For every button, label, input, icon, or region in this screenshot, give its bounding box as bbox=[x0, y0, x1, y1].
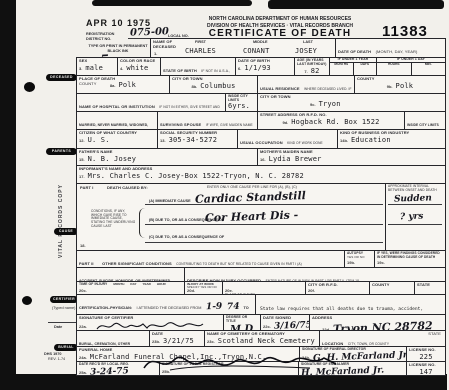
part2-label: PART II bbox=[79, 261, 94, 266]
field-number: 8b. bbox=[191, 84, 197, 89]
date-of-birth-value: 1/1/93 bbox=[244, 65, 271, 73]
industry-value: Education bbox=[351, 137, 391, 145]
ink-blob-1 bbox=[24, 82, 35, 92]
field-number: 8a. bbox=[110, 83, 116, 88]
field-if-under-1-year: IF UNDER 1 YEAR MONTHS DAYS bbox=[329, 57, 377, 76]
state-of-birth-label: STATE OF BIRTH bbox=[163, 68, 197, 73]
date-of-death-label: DATE OF DEATH bbox=[338, 49, 371, 54]
race-value: white bbox=[126, 65, 148, 73]
day-label: DAY bbox=[130, 283, 136, 287]
scan-streak-2 bbox=[268, 0, 444, 9]
first-label: FIRST bbox=[195, 40, 206, 45]
street-address-label: STREET ADDRESS OR R.F.D. No. bbox=[260, 113, 402, 118]
field-informant: INFORMANT'S NAME AND ADDRESS 17.Mrs. Cha… bbox=[76, 165, 446, 184]
field-number: 19c. bbox=[377, 260, 385, 265]
spouse-sublabel: IF WIFE, GIVE MAIDEN NAME bbox=[206, 123, 253, 127]
field-injury-city: CITY OR R.F.D. 20f. bbox=[305, 281, 370, 295]
attended-text: I ATTENDED THE DECEASED FROM bbox=[137, 306, 202, 310]
residence-county-label: COUNTY bbox=[357, 77, 443, 82]
field-injury-state: STATE bbox=[414, 281, 446, 295]
field-citizen: CITIZEN OF WHAT COUNTRY 12.U. S. bbox=[76, 129, 158, 149]
hospital-label: NAME OF HOSPITAL OR INSTITUTION bbox=[79, 104, 155, 109]
scan-edge-left bbox=[0, 0, 16, 390]
field-certifier-address: ADDRESS 22d.Tryon NC 28782 bbox=[309, 314, 446, 331]
date-received-handwritten: 3-24-75 bbox=[90, 367, 129, 376]
field-number: 20d. bbox=[187, 288, 195, 293]
field-cemetery: NAME OF CEMETERY OR CREMATORY 23c.Scotla… bbox=[204, 330, 320, 347]
middle-label: MIDDLE bbox=[253, 40, 268, 45]
date-label-margin: Date bbox=[54, 325, 62, 330]
hour-label: HOUR bbox=[157, 283, 166, 287]
last-label: LAST bbox=[303, 40, 313, 45]
field-autopsy-findings: IF YES, WERE FINDINGS CONSIDERED IN DETE… bbox=[374, 250, 446, 268]
field-number: 9d. bbox=[282, 120, 288, 125]
field-number: 3. bbox=[79, 66, 82, 71]
injury-city-label: CITY OR R.F.D. bbox=[308, 283, 367, 288]
tab-burial: BURIAL bbox=[54, 344, 78, 351]
field-number: 9b. bbox=[387, 84, 393, 89]
field-how-injury-occurred: DESCRIBE HOW INJURY OCCURRED ENTER NATUR… bbox=[184, 267, 446, 282]
other-conditions-sublabel: CONTRIBUTING TO DEATH BUT NOT RELATED TO… bbox=[176, 262, 302, 266]
field-number: 18. bbox=[80, 243, 86, 248]
field-number: 6. bbox=[238, 66, 241, 71]
field-director-license: LICENSE NO. 225 bbox=[406, 346, 446, 362]
occupation-label: USUAL OCCUPATION bbox=[240, 140, 283, 145]
field-certifier-signature: SIGNATURE OF CERTIFIER 22a. bbox=[76, 314, 224, 331]
field-burial-type: BURIAL, CREMATION, OTHER (SPECIFY) 23a.B… bbox=[76, 330, 150, 347]
mother-value: Lydia Brewer bbox=[269, 156, 322, 164]
field-residence-state: USUAL RESIDENCE WHERE DECEASED LIVED. IF… bbox=[257, 75, 355, 94]
typed-name-label: (Typed name) bbox=[52, 306, 75, 311]
field-state-of-birth: STATE OF BIRTH IF NOT IN U.S.A., NAME CO… bbox=[160, 57, 236, 76]
field-date-of-death: DATE OF DEATH (MONTH, DAY, YEAR) 2.3/18/… bbox=[335, 38, 446, 58]
citizen-label: CITIZEN OF WHAT COUNTRY bbox=[79, 131, 155, 136]
residence-county-value: Polk bbox=[396, 83, 414, 91]
conditions-label: CONDITIONS, IF ANY, WHICH GAVE RISE TO I… bbox=[91, 210, 137, 228]
tab-parents: PARENTS bbox=[46, 148, 77, 155]
cemetery-value: Scotland Neck Cemetery bbox=[218, 338, 315, 346]
field-number: 16. bbox=[260, 157, 266, 162]
street-address-value: Hogback Rd. Box 1522 bbox=[291, 119, 379, 127]
field-number: 9c. bbox=[310, 102, 316, 107]
immediate-cause-label: (a) IMMEDIATE CAUSE bbox=[149, 199, 191, 204]
ssn-label: SOCIAL SECURITY NUMBER bbox=[160, 131, 235, 136]
spouse-label: SURVIVING SPOUSE bbox=[160, 122, 201, 127]
field-street-address: STREET ADDRESS OR R.F.D. No. 9d.Hogback … bbox=[257, 111, 405, 130]
injury-county-label: COUNTY bbox=[372, 283, 412, 288]
burial-date-label: DATE bbox=[152, 332, 202, 337]
field-number: 1. bbox=[154, 51, 157, 56]
field-sex: SEX 3.male bbox=[76, 57, 118, 76]
certification-physician-block: CERTIFICATION–PHYSICIAN: I ATTENDED THE … bbox=[76, 294, 256, 315]
field-number: 23b. bbox=[152, 339, 160, 344]
brace bbox=[139, 208, 146, 238]
tab-certifier: CERTIFIER bbox=[50, 296, 78, 303]
field-residence-county: COUNTY 9b.Polk bbox=[354, 75, 446, 94]
field-hospital: NAME OF HOSPITAL OR INSTITUTION IF NOT I… bbox=[76, 93, 226, 112]
field-number: 20f. bbox=[308, 288, 315, 293]
ssn-value: 305-34-5272 bbox=[169, 137, 218, 145]
field-number: 19b. bbox=[347, 260, 355, 265]
scan-streak-1 bbox=[92, 0, 252, 6]
tab-cause: CAUSE bbox=[54, 228, 78, 235]
due-to-c-label: (c) DUE TO, OR AS A CONSEQUENCE OF bbox=[149, 235, 224, 240]
field-number: 25a. bbox=[79, 370, 87, 375]
race-label: COLOR OR RACE bbox=[120, 59, 158, 64]
field-inside-city-limits-residence-years: INSIDE CITY LIMITS 6yrs. bbox=[225, 93, 258, 112]
field-autopsy: AUTOPSY YES OR NO 19b. bbox=[344, 250, 375, 268]
field-if-under-1-day: IF UNDER 1 DAY HOURS MIN. bbox=[376, 57, 446, 76]
part1-label: PART I bbox=[80, 186, 93, 191]
residence-city-label: CITY OR TOWN bbox=[260, 95, 443, 100]
department-line-1: NORTH CAROLINA DEPARTMENT OF HUMAN RESOU… bbox=[180, 16, 380, 23]
field-number: 22a. bbox=[79, 324, 87, 329]
field-number: 13. bbox=[160, 138, 166, 143]
field-place-of-death-city: CITY OR TOWN 8b.Columbus bbox=[169, 75, 258, 94]
form-number: DHS 1970 bbox=[44, 352, 62, 357]
attended-from-year-handwritten: 74 bbox=[226, 303, 239, 312]
license-label-1: LICENSE NO. bbox=[409, 348, 443, 353]
inside-city-limits-years-value: 6yrs. bbox=[228, 103, 250, 111]
other-conditions-label: OTHER SIGNIFICANT CONDITIONS bbox=[102, 261, 172, 266]
field-industry: KIND OF BUSINESS OR INDUSTRY 14b.Educati… bbox=[337, 129, 446, 149]
field-number: 4. bbox=[120, 66, 123, 71]
pod-city-value: Columbus bbox=[200, 83, 235, 91]
autopsy-sublabel: YES OR NO bbox=[347, 256, 372, 259]
certification-label: CERTIFICATION–PHYSICIAN: bbox=[79, 306, 132, 310]
field-number: 14b. bbox=[340, 138, 348, 143]
certificate-number: 11383 bbox=[382, 24, 428, 39]
field-number: 12. bbox=[79, 138, 85, 143]
field-number: 7. bbox=[304, 69, 307, 74]
field-time-of-injury: TIME OF INJURY MONTH DAY YEAR HOUR 20c. bbox=[76, 281, 185, 295]
field-number: 20c. bbox=[79, 288, 87, 293]
father-label: FATHER'S NAME bbox=[79, 150, 255, 155]
death-caused-by-label: DEATH CAUSED BY: bbox=[107, 186, 148, 191]
time-of-injury-label: TIME OF INJURY bbox=[79, 283, 107, 287]
attended-from-handwritten: 1-9 bbox=[206, 303, 223, 313]
print-instruction: TYPE OR PRINT IN PERMANENT BLACK INK bbox=[88, 44, 148, 53]
field-name-of-deceased: NAME OF DECEASED 1. FIRST MIDDLE LAST CH… bbox=[150, 38, 336, 58]
date-of-birth-label: DATE OF BIRTH bbox=[238, 59, 292, 64]
field-burial-date: DATE 23b.3/21/75 bbox=[149, 330, 205, 347]
field-embalmer-license: LICENSE NO. 147 bbox=[406, 361, 446, 376]
last-name-value: JOSEY bbox=[295, 48, 317, 56]
field-mother-name: MOTHER'S MAIDEN NAME 16.Lydia Brewer bbox=[257, 148, 446, 166]
location-state-label: STATE bbox=[428, 332, 441, 337]
field-age: AGE (IN YEARS LAST BIRTHDAY) 7.82 bbox=[294, 57, 330, 76]
field-place-of-injury: PLACE OF INJURY AT HOME, FARM, STREET, F… bbox=[222, 281, 306, 295]
registration-district-value: 075-00 bbox=[130, 27, 169, 38]
field-number: 23c. bbox=[207, 339, 215, 344]
field-number: 24a. bbox=[79, 355, 87, 360]
month-label: MONTH bbox=[113, 283, 124, 287]
field-date-of-birth: DATE OF BIRTH 6.1/1/93 bbox=[235, 57, 295, 76]
first-name-value: CHARLES bbox=[185, 48, 216, 56]
industry-label: KIND OF BUSINESS OR INDUSTRY bbox=[340, 131, 443, 136]
informant-value: Mrs. Charles C. Josey-Box 1522-Tryon, N.… bbox=[88, 173, 304, 181]
sex-label: SEX bbox=[79, 59, 115, 64]
residence-city-value: Tryon bbox=[319, 101, 341, 109]
license-label-2: LICENSE NO. bbox=[409, 363, 443, 368]
cause-interval-column: APPROXIMATE INTERVAL BETWEEN ONSET AND D… bbox=[385, 183, 446, 251]
field-inside-city-limits: INSIDE CITY LIMITS SPECIFY YES OR NO 9e.… bbox=[404, 111, 446, 130]
part2-other-conditions: PART II OTHER SIGNIFICANT CONDITIONS CON… bbox=[76, 250, 345, 268]
scan-edge-bottom bbox=[0, 374, 447, 390]
field-date-signed: DATE SIGNED 22c.3/16/75 bbox=[260, 314, 310, 331]
cemetery-label: NAME OF CEMETERY OR CREMATORY bbox=[207, 332, 317, 337]
field-surviving-spouse: SURVIVING SPOUSE IF WIFE, GIVE MAIDEN NA… bbox=[157, 111, 258, 130]
registration-district-label: REGISTRATION DISTRICT NO. bbox=[86, 32, 130, 41]
to-text: TO bbox=[244, 306, 249, 310]
field-number: 17. bbox=[79, 174, 85, 179]
pod-city-label: CITY OR TOWN bbox=[172, 77, 255, 82]
immediate-cause-value-handwritten: Cardiac Standstill bbox=[195, 190, 306, 205]
citizen-value: U. S. bbox=[88, 137, 110, 145]
interval-label: APPROXIMATE INTERVAL BETWEEN ONSET AND D… bbox=[388, 185, 443, 192]
field-father-name: FATHER'S NAME 15.N. B. Josey bbox=[76, 148, 258, 166]
field-marital-status: MARRIED, NEVER MARRIED, WIDOWED, DIVORCE… bbox=[76, 111, 158, 130]
local-registrar-signature-scrawl bbox=[140, 350, 340, 374]
form-revision: Rev. 1-74 bbox=[48, 357, 65, 362]
ink-blob-2 bbox=[22, 296, 32, 305]
field-degree-title: DEGREE OR TITLE M.D bbox=[223, 314, 261, 331]
embalmer-license-value: 147 bbox=[419, 369, 432, 376]
state-law-notice: State law requires that all deaths due t… bbox=[255, 294, 446, 315]
age-label: AGE (IN YEARS LAST BIRTHDAY) bbox=[297, 59, 327, 67]
injury-state-label: STATE bbox=[417, 283, 443, 288]
father-value: N. B. Josey bbox=[88, 156, 137, 164]
mother-label: MOTHER'S MAIDEN NAME bbox=[260, 150, 443, 155]
field-number: 22c. bbox=[263, 324, 271, 329]
due-to-b-value-handwritten: Cor Heart Dis - bbox=[205, 209, 299, 223]
sex-value: male bbox=[85, 65, 103, 73]
middle-name-value: CONANT bbox=[243, 48, 270, 56]
tab-deceased: DECEASED bbox=[46, 74, 77, 81]
field-cemetery-location: LOCATION CITY, TOWN, OR COUNTY STATE 23d… bbox=[319, 330, 446, 347]
field-ssn: SOCIAL SECURITY NUMBER 13.305-34-5272 bbox=[157, 129, 238, 149]
usual-residence-label: USUAL RESIDENCE bbox=[260, 86, 300, 91]
date-of-death-sublabel: (MONTH, DAY, YEAR) bbox=[376, 49, 418, 54]
field-injury-at-work: INJURY AT WORK SPECIFY YES OR NO 20d. bbox=[184, 281, 223, 295]
vital-records-copy-vertical-label: VITAL RECORDS COPY bbox=[58, 184, 64, 258]
pod-county-value: Polk bbox=[118, 82, 136, 90]
field-number: 20e. bbox=[225, 288, 233, 293]
field-residence-city: CITY OR TOWN 9c.Tryon bbox=[257, 93, 446, 112]
name-of-deceased-label: NAME OF DECEASED bbox=[153, 40, 181, 49]
field-occupation: USUAL OCCUPATION KIND OF WORK DONE DURIN… bbox=[237, 129, 338, 149]
interval-b-value-handwritten: ? yrs bbox=[400, 213, 424, 223]
degree-label: DEGREE OR TITLE bbox=[226, 316, 258, 324]
field-accident-suicide: ACCIDENT, SUICIDE, HOMICIDE, OR UNDETERM… bbox=[76, 267, 185, 282]
field-number: 15. bbox=[79, 157, 85, 162]
burial-date-value: 3/21/75 bbox=[163, 338, 194, 346]
inside-city-limits2-label: INSIDE CITY LIMITS bbox=[407, 123, 439, 127]
findings-label: IF YES, WERE FINDINGS CONSIDERED IN DETE… bbox=[377, 252, 443, 259]
field-race: COLOR OR RACE 4.white bbox=[117, 57, 161, 76]
informant-label: INFORMANT'S NAME AND ADDRESS bbox=[79, 167, 443, 172]
inside-city-limits-label: INSIDE CITY LIMITS bbox=[228, 95, 255, 102]
field-place-of-death-county: PLACE OF DEATH COUNTY 8a.Polk bbox=[76, 75, 170, 94]
year-label: YEAR bbox=[142, 283, 150, 287]
field-injury-county: COUNTY bbox=[369, 281, 415, 295]
death-certificate-scan: APR 10 1975 REGISTRATION DISTRICT NO. 07… bbox=[0, 0, 449, 390]
cause-of-death-section: PART I DEATH CAUSED BY: ENTER ONLY ONE C… bbox=[76, 183, 386, 251]
